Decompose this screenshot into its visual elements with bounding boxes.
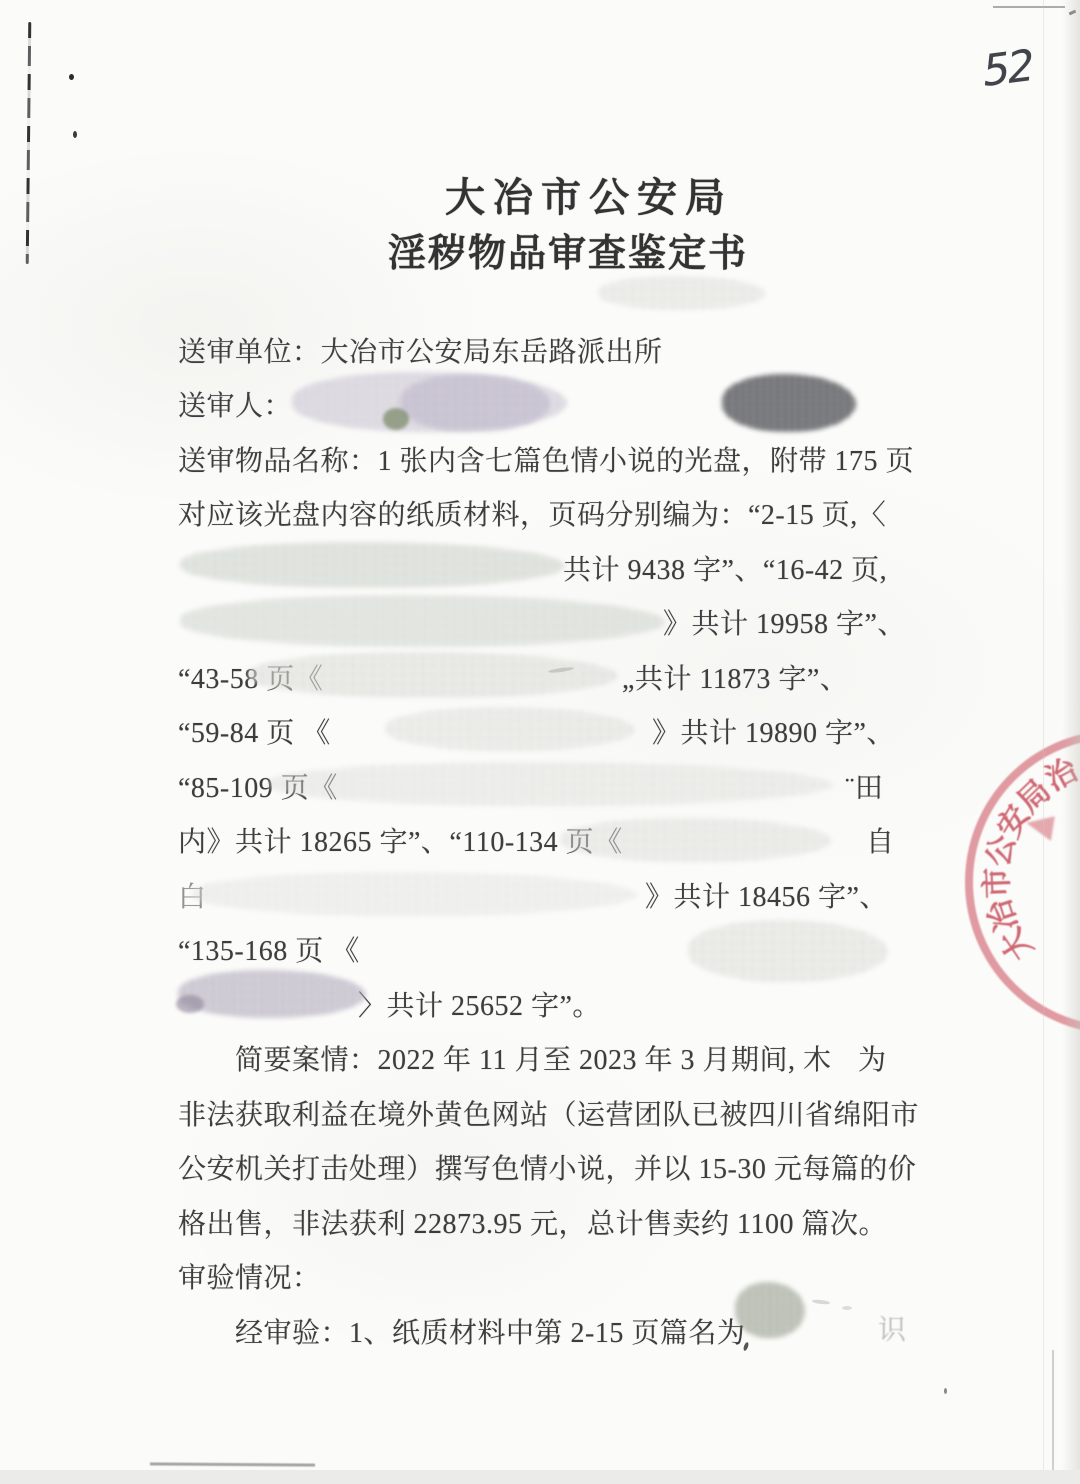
redaction-smudge-title7 — [192, 872, 637, 916]
line-pages-9438: 共计 9438 字”、“16-42 页, — [563, 552, 887, 590]
ghost-stroke — [842, 1306, 852, 1310]
redaction-smudge-review — [735, 1282, 805, 1338]
redaction-smudge-title2 — [180, 595, 665, 647]
redaction-smudge-title9 — [178, 970, 366, 1018]
document-title-type: 淫秽物品审查鉴定书 — [388, 222, 748, 277]
line-pages-19958: 》共计 19958 字”、 — [663, 606, 906, 644]
scan-edge-shadow-right — [1062, 0, 1080, 1484]
line-pages-11873: „共计 11873 字”、 — [622, 661, 848, 699]
document-title-org: 大冶市公安局 — [445, 166, 733, 223]
line-review-status-label: 审验情况： — [178, 1260, 321, 1298]
line-case-summary-1: 简要案情：2022 年 11 月至 2023 年 3 月期间, 木 — [235, 1042, 831, 1080]
line-item-name-1: 送审物品名称：1 张内含七篇色情小说的光盘，附带 175 页 — [178, 443, 914, 481]
redaction-smudge-title6 — [560, 818, 832, 862]
ghost-stroke — [812, 1299, 830, 1305]
redaction-smudge — [598, 276, 766, 310]
line-submitter-label: 送审人： — [178, 388, 292, 426]
line-submitting-unit: 送审单位：大冶市公安局东岳路派出所 — [178, 334, 663, 372]
redaction-smudge-title5 — [268, 762, 833, 806]
ink-speck — [69, 74, 74, 80]
line-item-name-2: 对应该光盘内容的纸质材料，页码分别编为：“2-15 页,〈 — [178, 497, 886, 535]
scan-artifact-bottom-line — [150, 1462, 315, 1466]
redaction-smudge-sender-core — [400, 374, 550, 432]
seal-char: 市 — [971, 867, 1017, 900]
line-pages-18456: 》共计 18456 字”、 — [645, 879, 888, 917]
redaction-smudge-title3 — [248, 652, 618, 698]
line-review-result-1: 经审验：1、纸质材料中第 2-15 页篇名为 — [235, 1315, 745, 1353]
scanned-document-page: { "page": { "handwritten_number": "52" }… — [0, 0, 1080, 1484]
line-case-summary-2: 非法获取利益在境外黄色网站（运营团队已被四川省绵阳市 — [178, 1097, 919, 1135]
redaction-smudge-title4 — [385, 707, 635, 751]
smudge-dark-edge — [176, 995, 204, 1013]
scan-artifact-left-line — [26, 22, 32, 264]
line-pages-25652: 〉共计 25652 字”。 — [358, 988, 601, 1026]
line-pages-135-168: “135-168 页 《 — [178, 933, 360, 971]
scan-edge-shadow-bottom — [0, 1470, 1080, 1484]
redaction-smudge-title1 — [180, 542, 565, 588]
scan-artifact-top-line — [993, 6, 1065, 8]
line-fragment-tian: ¨田 — [845, 770, 883, 808]
ink-speck — [73, 131, 77, 138]
line-review-ghost-char: 识 — [878, 1312, 907, 1350]
paper-fold-line — [1043, 0, 1044, 1484]
line-pages-59-84: “59-84 页 《 — [178, 715, 331, 753]
line-case-summary-wei: 为 — [858, 1042, 887, 1080]
line-fragment-zi: 自 — [866, 824, 895, 862]
ink-speck — [944, 1388, 947, 1394]
redaction-smudge-sender-right — [722, 374, 856, 432]
redaction-smudge-title8 — [688, 920, 888, 982]
handwritten-page-number: 52 — [980, 41, 1034, 98]
green-ink-speck — [383, 408, 409, 430]
paper-edge-line — [1052, 1350, 1054, 1480]
line-case-summary-4: 格出售，非法获利 22873.95 元，总计售卖约 1100 篇次。 — [178, 1206, 887, 1244]
line-pages-18265: 内》共计 18265 字”、“110-134 页《 — [178, 824, 623, 862]
line-case-summary-3: 公安机关打击处理）撰写色情小说，并以 15-30 元每篇的价 — [178, 1151, 916, 1189]
line-pages-19890: 》共计 19890 字”、 — [652, 715, 895, 753]
